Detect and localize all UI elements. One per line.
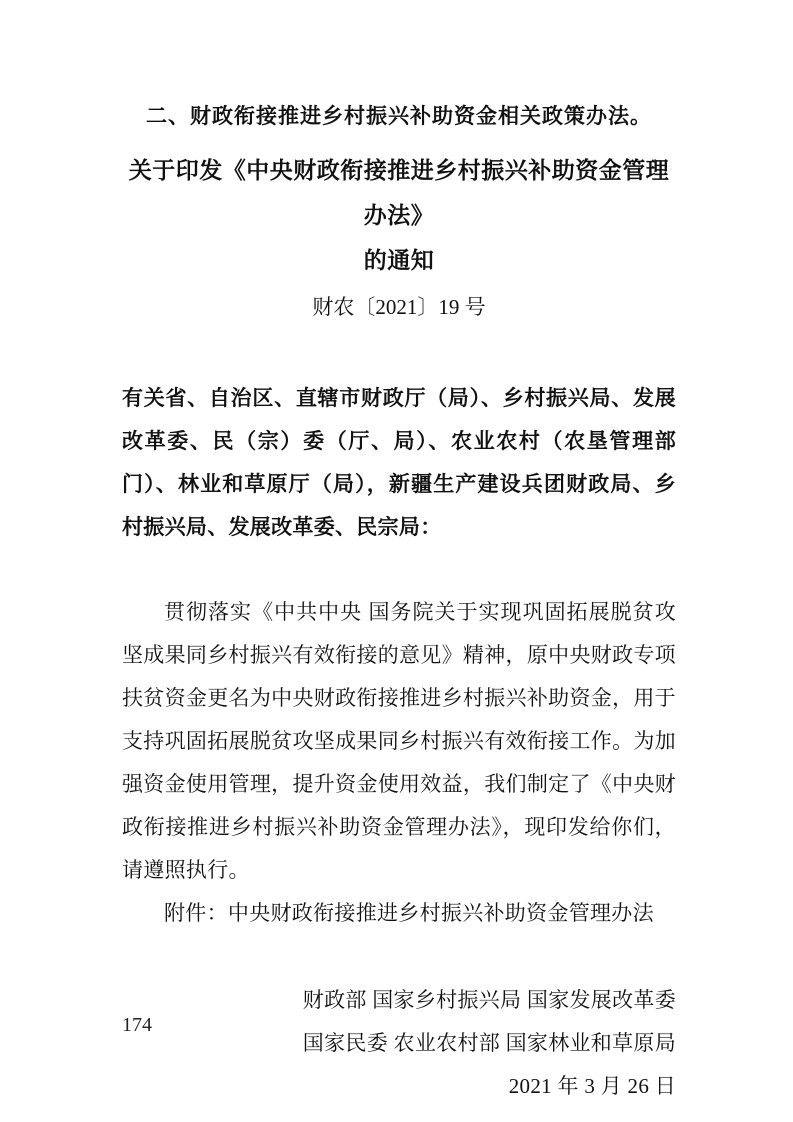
page-number: 174 [122, 1012, 152, 1038]
document-title-line1: 关于印发《中央财政衔接推进乡村振兴补助资金管理办法》 [122, 148, 676, 238]
date-line: 2021 年 3 月 26 日 [122, 1065, 676, 1108]
section-heading: 二、财政衔接推进乡村振兴补助资金相关政策办法。 [122, 103, 676, 129]
addressee-paragraph: 有关省、自治区、直辖市财政厅（局）、乡村振兴局、发展改革委、民（宗）委（厅、局）… [122, 377, 676, 549]
body-paragraph: 贯彻落实《中共中央 国务院关于实现巩固拓展脱贫攻坚成果同乡村振兴有效衔接的意见》… [122, 591, 676, 892]
document-page: 二、财政衔接推进乡村振兴补助资金相关政策办法。 关于印发《中央财政衔接推进乡村振… [0, 0, 793, 1122]
document-body: 贯彻落实《中共中央 国务院关于实现巩固拓展脱贫攻坚成果同乡村振兴有效衔接的意见》… [122, 591, 676, 935]
signature-line1: 财政部 国家乡村振兴局 国家发展改革委 [122, 979, 676, 1022]
attachment-line: 附件：中央财政衔接推进乡村振兴补助资金管理办法 [122, 892, 676, 935]
document-title-line2: 的通知 [122, 238, 676, 283]
signature-line2: 国家民委 农业农村部 国家林业和草原局 [122, 1022, 676, 1065]
signature-block: 财政部 国家乡村振兴局 国家发展改革委 国家民委 农业农村部 国家林业和草原局 … [122, 979, 676, 1108]
document-number: 财农〔2021〕19 号 [122, 294, 676, 320]
document-title: 关于印发《中央财政衔接推进乡村振兴补助资金管理办法》 的通知 [122, 148, 676, 283]
